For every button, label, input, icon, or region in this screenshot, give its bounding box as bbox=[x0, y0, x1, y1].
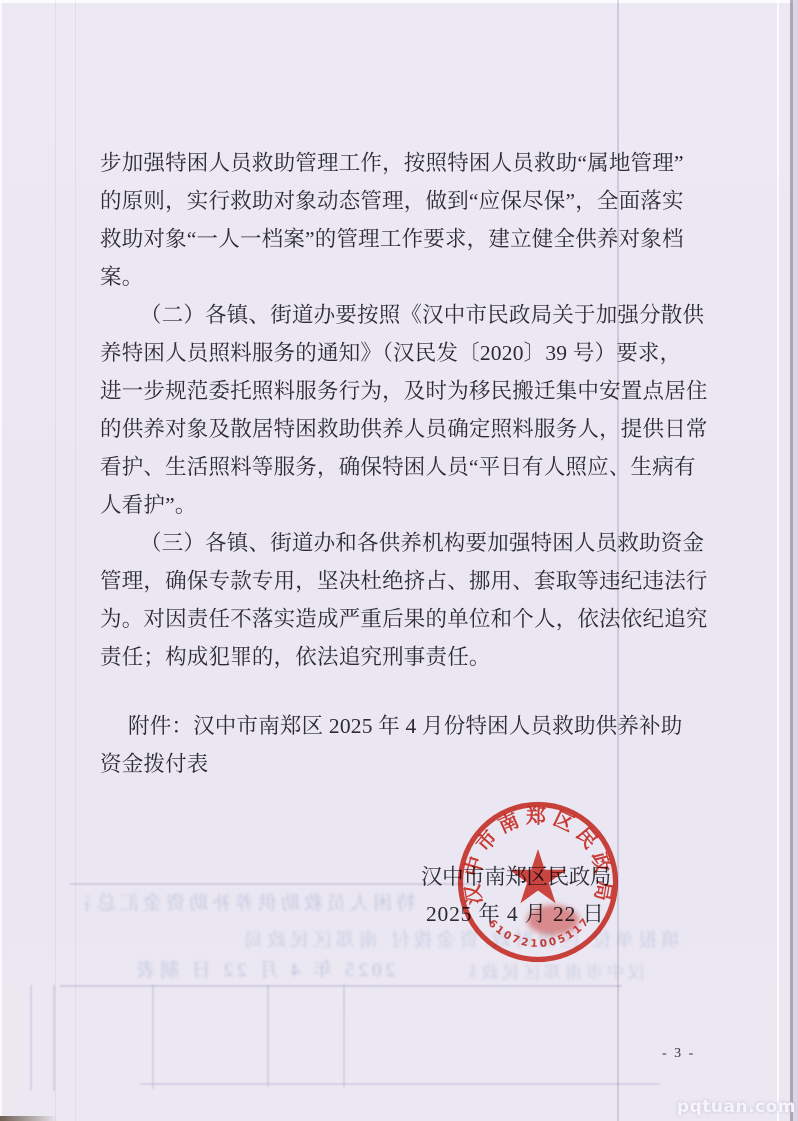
attachment-line: 附件：汉中市南郑区 2025 年 4 月份特困人员救助供养补助 bbox=[100, 707, 712, 745]
bleed-grid-column bbox=[152, 985, 154, 1089]
bleed-through-row: 2025 年 4 月 22 日 制表 bbox=[85, 955, 395, 982]
body-line: 的原则，实行救助对象动态管理，做到“应保尽保”，全面落实 bbox=[100, 182, 712, 220]
body-line: 为。对因责任不落实造成严重后果的单位和个人，依法依纪追究 bbox=[100, 600, 712, 638]
body-line: 人看护”。 bbox=[100, 486, 712, 524]
body-line: 看护、生活照料等服务，确保特困人员“平日有人照应、生病有 bbox=[100, 448, 712, 486]
body-line: （二）各镇、街道办要按照《汉中市民政局关于加强分散供 bbox=[100, 296, 712, 334]
body-line: 救助对象“一人一档案”的管理工作要求，建立健全供养对象档 bbox=[100, 220, 712, 258]
body-line: 进一步规范委托照料服务行为，及时为移民搬迁集中安置点居住 bbox=[100, 372, 712, 410]
bleed-grid-column bbox=[30, 985, 32, 1091]
body-line: （三）各镇、街道办和各供养机构要加强特困人员救助资金 bbox=[100, 524, 712, 562]
body-line: 责任；构成犯罪的，依法追究刑事责任。 bbox=[100, 638, 712, 676]
bleed-through-row: 特困人员救助供养补助资金汇总表 各镇填报 bbox=[85, 888, 415, 915]
scan-line-vertical bbox=[55, 0, 56, 1121]
body-line: 管理，确保专款专用，坚决杜绝挤占、挪用、套取等违纪违法行 bbox=[100, 562, 712, 600]
bleed-grid-line bbox=[70, 883, 480, 885]
scan-line-vertical bbox=[75, 0, 76, 1121]
bleed-grid-line bbox=[60, 985, 622, 987]
document-body: 步加强特困人员救助管理工作，按照特困人员救助“属地管理” 的原则，实行救助对象动… bbox=[100, 144, 712, 676]
body-line: 案。 bbox=[100, 258, 712, 296]
scan-edge-left bbox=[0, 0, 2, 1121]
bleed-grid-line bbox=[140, 1083, 660, 1085]
scan-edge-highlight bbox=[777, 0, 779, 1121]
official-seal: 汉中市南郑区民政局 6107210051172 bbox=[452, 799, 624, 967]
watermark: pqtuan.com bbox=[677, 1097, 798, 1117]
page-number: - 3 - bbox=[662, 1046, 695, 1062]
scan-edge-shadow bbox=[790, 0, 793, 1121]
body-line: 养特困人员照料服务的通知》（汉民发〔2020〕39 号）要求， bbox=[100, 334, 712, 372]
bleed-grid-column bbox=[343, 985, 345, 1087]
attachment-note: 附件：汉中市南郑区 2025 年 4 月份特困人员救助供养补助 资金拨付表 bbox=[100, 707, 712, 783]
bleed-grid-column bbox=[267, 985, 269, 1087]
scan-edge-right bbox=[793, 0, 798, 1121]
attachment-line: 资金拨付表 bbox=[100, 745, 712, 783]
body-line: 步加强特困人员救助管理工作，按照特困人员救助“属地管理” bbox=[100, 144, 712, 182]
scanned-document-page: 特困人员救助供养补助资金汇总表 各镇填报 填报单位 区级财政 资金拨付 南郑区民… bbox=[0, 0, 798, 1121]
star-icon bbox=[510, 849, 567, 903]
scan-corner-artifact bbox=[0, 1116, 58, 1121]
scan-edge-top bbox=[0, 0, 798, 3]
body-line: 的供养对象及散居特困救助供养人员确定照料服务人，提供日常 bbox=[100, 410, 712, 448]
